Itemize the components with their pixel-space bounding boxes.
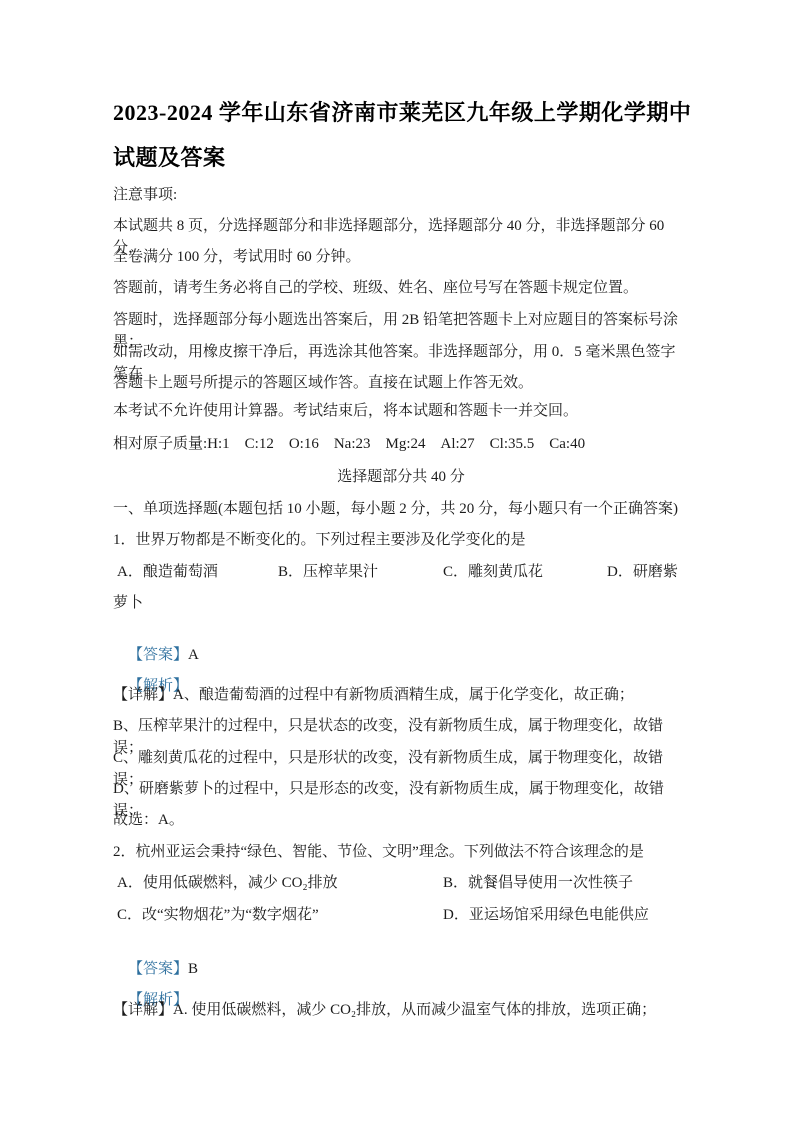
doc-title-line1: 2023-2024 学年山东省济南市莱芜区九年级上学期化学期中: [113, 98, 713, 128]
q2-option-b: B．就餐倡导使用一次性筷子: [443, 872, 633, 894]
doc-title-line2: 试题及答案: [113, 143, 713, 173]
q1-option-d-wrap: 萝卜: [113, 592, 689, 614]
notice-heading: 注意事项:: [113, 184, 689, 206]
q2-stem: 2．杭州亚运会秉持“绿色、智能、节俭、文明”理念。下列做法不符合该理念的是: [113, 841, 689, 863]
q2-options-row-1: A．使用低碳燃料，减少 CO₂排放 B．就餐倡导使用一次性筷子: [113, 872, 689, 894]
q2-detail-a: 【详解】A. 使用低碳燃料，减少 CO₂排放，从而减少温室气体的排放，选项正确；: [113, 999, 689, 1021]
notice-p1-line2: 全卷满分 100 分，考试用时 60 分钟。: [113, 246, 689, 268]
q1-detail-a: 【详解】A、酿造葡萄酒的过程中有新物质酒精生成，属于化学变化，故正确；: [113, 684, 689, 706]
q1-option-b: B．压榨苹果汁: [278, 561, 378, 583]
q1-option-a: A．酿造葡萄酒: [117, 561, 218, 583]
q1-conclusion: 故选：A。: [113, 809, 689, 831]
document-page: 2023-2024 学年山东省济南市莱芜区九年级上学期化学期中 试题及答案 注意…: [0, 0, 793, 1122]
atomic-mass-line: 相对原子质量:H:1 C:12 O:16 Na:23 Mg:24 Al:27 C…: [113, 433, 689, 455]
q2-option-d: D．亚运场馆采用绿色电能供应: [443, 904, 649, 926]
q1-stem: 1．世界万物都是不断变化的。下列过程主要涉及化学变化的是: [113, 529, 689, 551]
notice-p2: 答题前，请考生务必将自己的学校、班级、姓名、座位号写在答题卡规定位置。: [113, 277, 689, 299]
q2-option-c: C．改“实物烟花”为“数字烟花”: [117, 904, 319, 926]
part-heading: 选择题部分共 40 分: [113, 466, 689, 488]
q2-options-row-2: C．改“实物烟花”为“数字烟花” D．亚运场馆采用绿色电能供应: [113, 904, 689, 926]
notice-p4: 本考试不允许使用计算器。考试结束后，将本试题和答题卡一并交回。: [113, 400, 689, 422]
q2-option-a: A．使用低碳燃料，减少 CO₂排放: [117, 872, 338, 894]
q1-option-c: C．雕刻黄瓜花: [443, 561, 543, 583]
q1-option-d: D．研磨紫: [607, 561, 678, 583]
section-instruction: 一、单项选择题(本题包括 10 小题，每小题 2 分，共 20 分，每小题只有一…: [113, 498, 689, 520]
q1-options-row: A．酿造葡萄酒 B．压榨苹果汁 C．雕刻黄瓜花 D．研磨紫: [113, 561, 689, 583]
notice-p3-line3: 答题卡上题号所提示的答题区域作答。直接在试题上作答无效。: [113, 372, 689, 394]
